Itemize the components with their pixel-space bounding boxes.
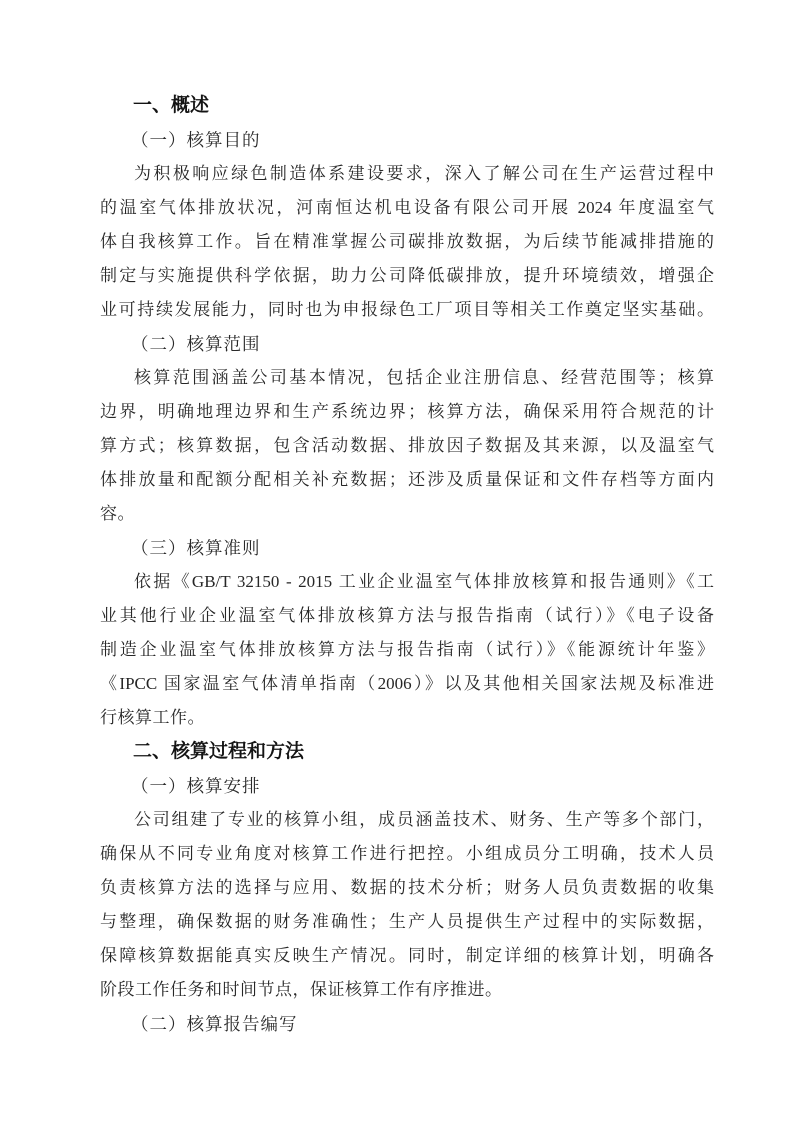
paragraph-line: 为积极响应绿色制造体系建设要求，深入了解公司在生产运营过程中 xyxy=(100,157,714,191)
section-heading: 二、核算过程和方法 xyxy=(100,735,714,769)
section-heading: 一、概述 xyxy=(100,89,714,123)
paragraph-line: 边界，明确地理边界和生产系统边界；核算方法，确保采用符合规范的计 xyxy=(100,395,714,429)
section-subheading: （一）核算安排 xyxy=(100,769,714,803)
paragraph-line: 确保从不同专业角度对核算工作进行把控。小组成员分工明确，技术人员 xyxy=(100,837,714,871)
paragraph-line: 《IPCC 国家温室气体清单指南（2006）》以及其他相关国家法规及标准进 xyxy=(100,667,714,701)
paragraph-line: 依据《GB/T 32150 - 2015 工业企业温室气体排放核算和报告通则》《… xyxy=(100,565,714,599)
paragraph-line: 算方式；核算数据，包含活动数据、排放因子数据及其来源，以及温室气 xyxy=(100,429,714,463)
section-subheading: （一）核算目的 xyxy=(100,123,714,157)
document-page: 一、概述（一）核算目的为积极响应绿色制造体系建设要求，深入了解公司在生产运营过程… xyxy=(0,0,800,1130)
paragraph-line: 业可持续发展能力，同时也为申报绿色工厂项目等相关工作奠定坚实基础。 xyxy=(100,293,714,327)
paragraph-line: 阶段工作任务和时间节点，保证核算工作有序推进。 xyxy=(100,973,714,1007)
paragraph-line: 体排放量和配额分配相关补充数据；还涉及质量保证和文件存档等方面内 xyxy=(100,463,714,497)
section-subheading: （二）核算范围 xyxy=(100,327,714,361)
paragraph-line: 公司组建了专业的核算小组，成员涵盖技术、财务、生产等多个部门， xyxy=(100,803,714,837)
paragraph-line: 负责核算方法的选择与应用、数据的技术分析；财务人员负责数据的收集 xyxy=(100,871,714,905)
paragraph-line: 的温室气体排放状况，河南恒达机电设备有限公司开展 2024 年度温室气 xyxy=(100,191,714,225)
paragraph-line: 容。 xyxy=(100,497,714,531)
paragraph-line: 行核算工作。 xyxy=(100,701,714,735)
paragraph-line: 核算范围涵盖公司基本情况，包括企业注册信息、经营范围等；核算 xyxy=(100,361,714,395)
document-content: 一、概述（一）核算目的为积极响应绿色制造体系建设要求，深入了解公司在生产运营过程… xyxy=(100,89,714,1041)
paragraph-line: 制定与实施提供科学依据，助力公司降低碳排放，提升环境绩效，增强企 xyxy=(100,259,714,293)
paragraph-line: 与整理，确保数据的财务准确性；生产人员提供生产过程中的实际数据， xyxy=(100,905,714,939)
paragraph-line: 业其他行业企业温室气体排放核算方法与报告指南（试行）》《电子设备 xyxy=(100,599,714,633)
paragraph-line: 制造企业温室气体排放核算方法与报告指南（试行）》《能源统计年鉴》 xyxy=(100,633,714,667)
paragraph-line: 保障核算数据能真实反映生产情况。同时，制定详细的核算计划，明确各 xyxy=(100,939,714,973)
section-subheading: （二）核算报告编写 xyxy=(100,1007,714,1041)
section-subheading: （三）核算准则 xyxy=(100,531,714,565)
paragraph-line: 体自我核算工作。旨在精准掌握公司碳排放数据，为后续节能减排措施的 xyxy=(100,225,714,259)
